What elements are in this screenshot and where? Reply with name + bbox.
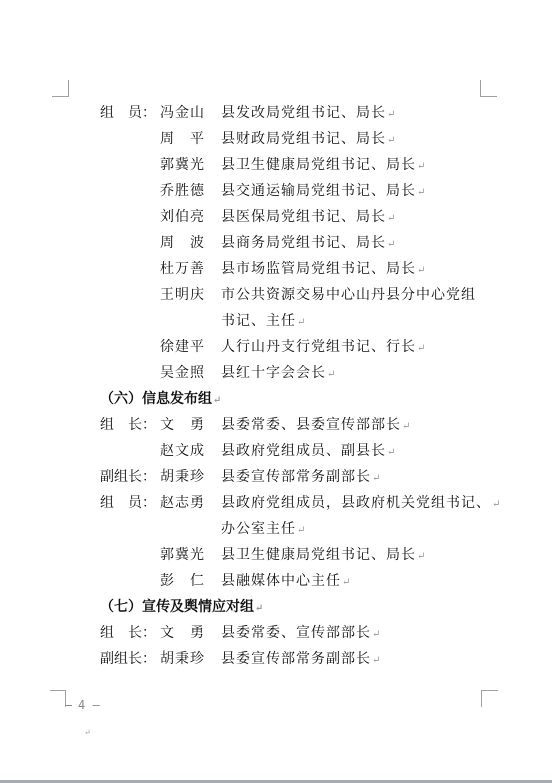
member-position: 县委常委、县委宣传部部长↵ xyxy=(221,416,411,436)
member-position-text: 县委宣传部常务副部长 xyxy=(221,469,371,485)
member-position: 县医保局党组书记、局长↵ xyxy=(221,208,396,228)
member-position: 县政府党组成员，县政府机关党组书记、↵ xyxy=(221,494,501,514)
paragraph-mark: ↵ xyxy=(492,499,501,510)
page-number-value: 4 xyxy=(78,698,85,712)
member-name: 周 波 xyxy=(160,234,205,252)
role-label: 组 员： xyxy=(100,104,156,122)
member-name: 乔胜德 xyxy=(160,182,205,200)
role-label: 组 长： xyxy=(100,624,156,642)
paragraph-mark: ↵ xyxy=(372,473,381,484)
member-name: 冯金山 xyxy=(160,104,205,122)
member-position: 县商务局党组书记、局长↵ xyxy=(221,234,396,254)
section-heading-text: （六）信息发布组 xyxy=(100,391,212,407)
member-position: 县委宣传部常务副部长↵ xyxy=(221,468,381,488)
member-position-text: 县财政局党组书记、局长 xyxy=(221,131,386,147)
member-position: 办公室主任↵ xyxy=(221,520,306,540)
role-label: 副组长： xyxy=(100,650,156,668)
member-name: 胡秉珍 xyxy=(160,650,205,668)
member-position: 县委宣传部常务副部长↵ xyxy=(221,650,381,670)
member-position-text: 人行山丹支行党组书记、行长 xyxy=(221,339,416,355)
paragraph-mark: ↵ xyxy=(417,343,426,354)
member-position-text: 县融媒体中心主任 xyxy=(221,573,341,589)
member-name: 赵志勇 xyxy=(160,494,205,512)
member-position-text: 县发改局党组书记、局长 xyxy=(221,105,386,121)
member-position-text: 县委常委、县委宣传部部长 xyxy=(221,417,401,433)
margin-corner-mark-top-right xyxy=(480,80,497,97)
member-position-text: 县卫生健康局党组书记、局长 xyxy=(221,547,416,563)
member-name: 文 勇 xyxy=(160,416,205,434)
member-position: 人行山丹支行党组书记、行长↵ xyxy=(221,338,426,358)
paragraph-mark: ↵ xyxy=(387,447,396,458)
document-page: 组 员：冯金山县发改局党组书记、局长↵周 平县财政局党组书记、局长↵郭冀光县卫生… xyxy=(0,0,552,780)
paragraph-mark: ↵ xyxy=(372,655,381,666)
paragraph-mark: ↵ xyxy=(417,161,426,172)
member-position: 县融媒体中心主任↵ xyxy=(221,572,351,592)
paragraph-mark: ↵ xyxy=(297,317,306,328)
margin-corner-mark-bottom-left xyxy=(50,690,66,707)
member-position: 县政府党组成员、副县长↵ xyxy=(221,442,396,462)
paragraph-mark: ↵ xyxy=(255,603,263,614)
paragraph-mark: ↵ xyxy=(342,577,351,588)
member-position-text: 县政府党组成员、副县长 xyxy=(221,443,386,459)
member-position: 县委常委、宣传部部长↵ xyxy=(221,624,381,644)
member-name: 徐建平 xyxy=(160,338,205,356)
member-name: 彭 仁 xyxy=(160,572,205,590)
member-position: 县财政局党组书记、局长↵ xyxy=(221,130,396,150)
paragraph-mark: ↵ xyxy=(213,395,221,406)
member-name: 刘伯亮 xyxy=(160,208,205,226)
role-label: 组 员： xyxy=(100,494,156,512)
member-position-text: 县红十字会会长 xyxy=(221,365,326,381)
paragraph-mark: ↵ xyxy=(387,135,396,146)
member-position-text: 县医保局党组书记、局长 xyxy=(221,209,386,225)
member-name: 郭冀光 xyxy=(160,546,205,564)
member-name: 王明庆 xyxy=(160,286,205,304)
paragraph-mark: ↵ xyxy=(417,265,426,276)
member-position: 县卫生健康局党组书记、局长↵ xyxy=(221,156,426,176)
section-heading: （七）宣传及舆情应对组↵ xyxy=(100,598,263,618)
member-name: 文 勇 xyxy=(160,624,205,642)
member-position-text: 县商务局党组书记、局长 xyxy=(221,235,386,251)
margin-corner-mark-bottom-right xyxy=(481,690,498,707)
member-name: 郭冀光 xyxy=(160,156,205,174)
paragraph-mark: ↵ xyxy=(387,109,396,120)
paragraph-mark: ↵ xyxy=(297,525,306,536)
member-position: 市公共资源交易中心山丹县分中心党组 xyxy=(221,286,476,304)
member-position: 书记、主任↵ xyxy=(221,312,306,332)
member-position-text: 市公共资源交易中心山丹县分中心党组 xyxy=(221,287,476,303)
member-name: 周 平 xyxy=(160,130,205,148)
member-position-text: 书记、主任 xyxy=(221,313,296,329)
member-name: 杜万善 xyxy=(160,260,205,278)
member-position-text: 县委常委、宣传部部长 xyxy=(221,625,371,641)
member-position: 县红十字会会长↵ xyxy=(221,364,336,384)
member-position: 县发改局党组书记、局长↵ xyxy=(221,104,396,124)
member-position: 县市场监管局党组书记、局长↵ xyxy=(221,260,426,280)
member-position-text: 办公室主任 xyxy=(221,521,296,537)
member-position-text: 县市场监管局党组书记、局长 xyxy=(221,261,416,277)
member-position-text: 县交通运输局党组书记、局长 xyxy=(221,183,416,199)
paragraph-mark: ↵ xyxy=(387,239,396,250)
paragraph-mark: ↵ xyxy=(417,551,426,562)
role-label: 组 长： xyxy=(100,416,156,434)
member-position: 县交通运输局党组书记、局长↵ xyxy=(221,182,426,202)
paragraph-mark: ↵ xyxy=(372,629,381,640)
member-position-text: 县委宣传部常务副部长 xyxy=(221,651,371,667)
margin-corner-mark-top-left xyxy=(52,80,69,97)
member-position-text: 县卫生健康局党组书记、局长 xyxy=(221,157,416,173)
section-heading-text: （七）宣传及舆情应对组 xyxy=(100,599,254,615)
member-name: 赵文成 xyxy=(160,442,205,460)
role-label: 副组长： xyxy=(100,468,156,486)
paragraph-mark: ↵ xyxy=(402,421,411,432)
member-name: 胡秉珍 xyxy=(160,468,205,486)
section-heading: （六）信息发布组↵ xyxy=(100,390,221,410)
paragraph-mark: ↵ xyxy=(387,213,396,224)
paragraph-mark: ↵ xyxy=(327,369,336,380)
member-name: 吴金照 xyxy=(160,364,205,382)
member-position-text: 县政府党组成员，县政府机关党组书记、 xyxy=(221,495,491,511)
paragraph-mark: ↵ xyxy=(417,187,426,198)
member-position: 县卫生健康局党组书记、局长↵ xyxy=(221,546,426,566)
end-paragraph-mark: ↵ xyxy=(84,728,91,737)
page-number: 4 – xyxy=(66,698,100,712)
